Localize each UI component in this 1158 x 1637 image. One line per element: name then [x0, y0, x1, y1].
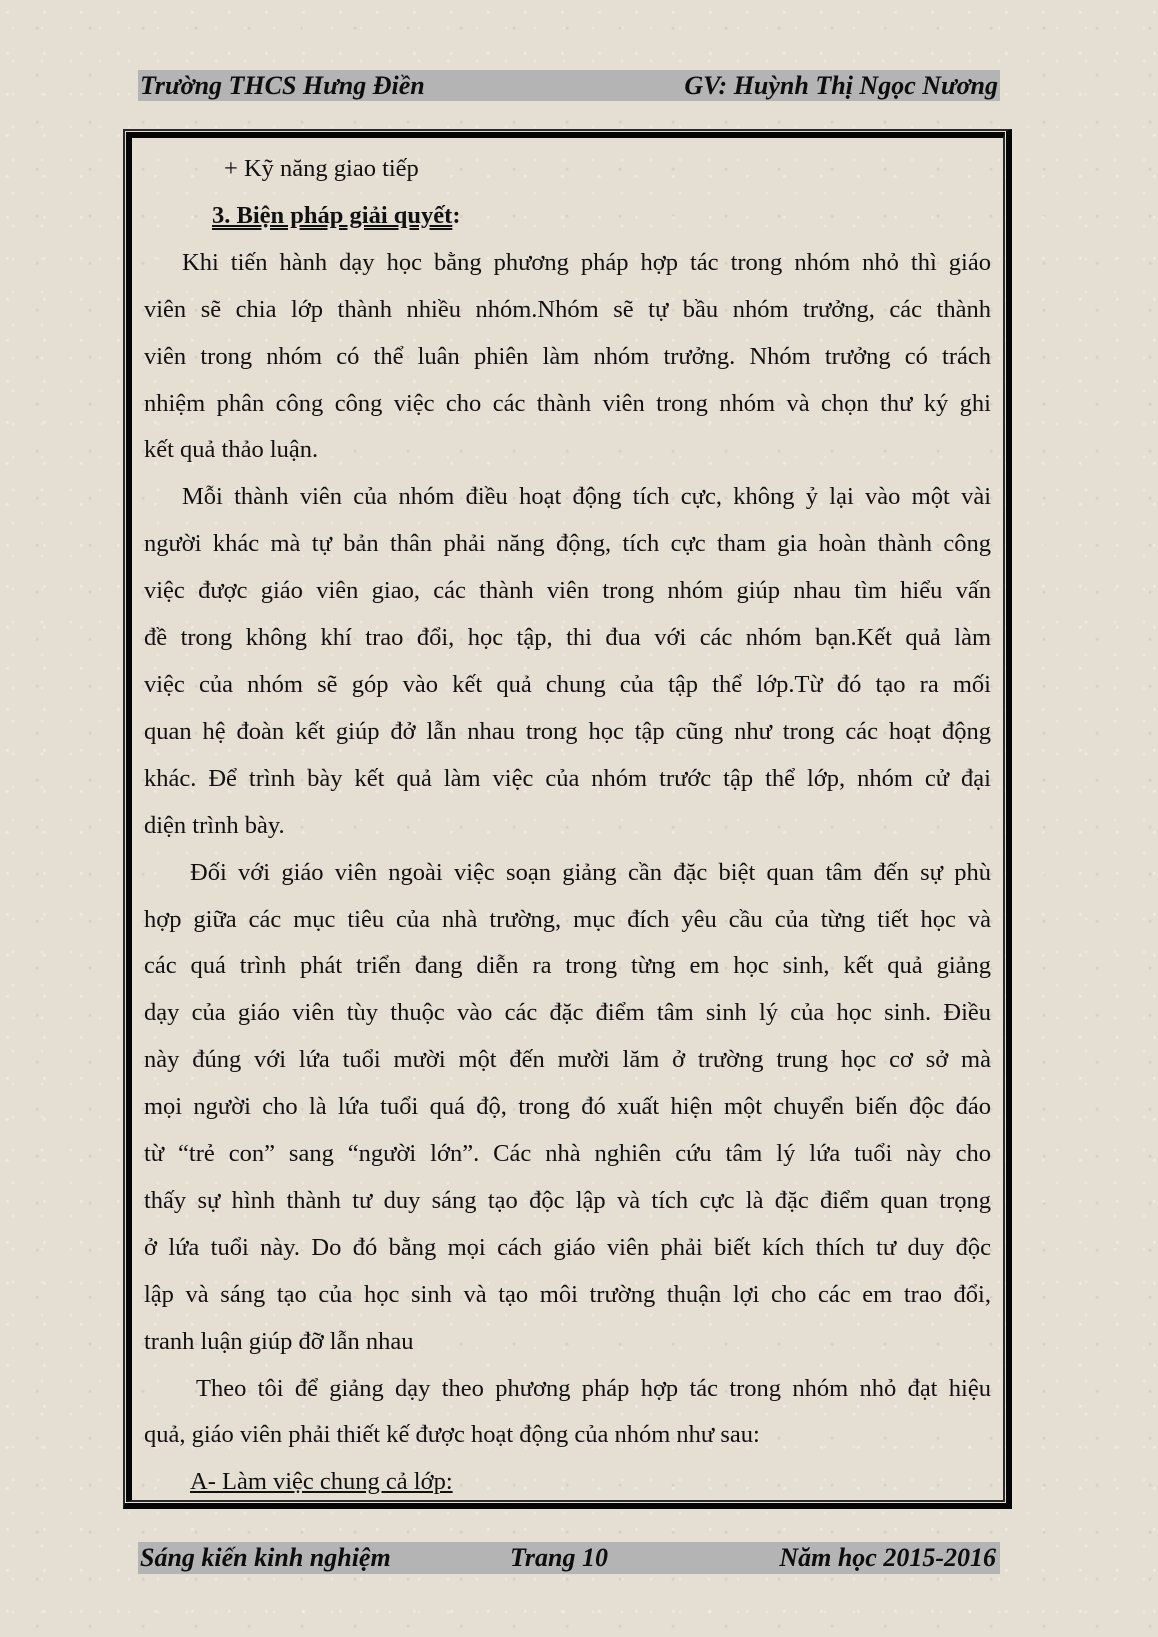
text-line: này đúng với lứa tuổi mười một đến mười … [144, 1037, 991, 1084]
text-line: thấy sự hình thành tư duy sáng tạo độc l… [144, 1178, 991, 1225]
text-line: Theo tôi để giảng dạy theo phương pháp h… [144, 1366, 991, 1413]
bullet-item: + Kỹ năng giao tiếp [144, 146, 991, 193]
text-line: người khác mà tự bản thân phải năng động… [144, 521, 991, 568]
page-header: Trường THCS Hưng Điền GV: Huỳnh Thị Ngọc… [138, 70, 1000, 101]
school-name: Trường THCS Hưng Điền [140, 71, 425, 101]
page-number: Trang 10 [510, 1543, 608, 1573]
text-line: đề trong không khí trao đổi, học tập, th… [144, 615, 991, 662]
text-line: các quá trình phát triển đang diễn ra tr… [144, 943, 991, 990]
section-title-suffix: : [452, 202, 460, 229]
teacher-name: GV: Huỳnh Thị Ngọc Nương [684, 71, 998, 101]
paragraph-1: Khi tiến hành dạy học bằng phương pháp h… [144, 240, 991, 475]
text-line: nhiệm phân công công việc cho các thành … [144, 381, 991, 428]
paragraph-4: Theo tôi để giảng dạy theo phương pháp h… [144, 1366, 991, 1460]
text-line: khác. Để trình bày kết quả làm việc của … [144, 756, 991, 803]
text-line: việc của nhóm sẽ góp vào kết quả chung c… [144, 662, 991, 709]
page-footer: Sáng kiến kinh nghiệm Trang 10 Năm học 2… [138, 1542, 1000, 1574]
text-line: viên trong nhóm có thể luân phiên làm nh… [144, 334, 991, 381]
sub-heading: A- Làm việc chung cả lớp: [144, 1459, 991, 1506]
text-line: mọi người cho là lứa tuổi quá độ, trong … [144, 1084, 991, 1131]
text-line: tranh luận giúp đỡ lẫn nhau [144, 1319, 991, 1366]
text-line: từ “trẻ con” sang “người lớn”. Các nhà n… [144, 1131, 991, 1178]
school-year: Năm học 2015-2016 [779, 1543, 996, 1573]
text-line: quả, giáo viên phải thiết kế được hoạt đ… [144, 1412, 991, 1459]
sub-heading-text: A- Làm việc chung cả lớp: [190, 1468, 453, 1495]
text-line: Đối với giáo viên ngoài việc soạn giảng … [144, 850, 991, 897]
text-line: viên sẽ chia lớp thành nhiều nhóm.Nhóm s… [144, 287, 991, 334]
content-frame: + Kỹ năng giao tiếp 3. Biện pháp giải qu… [123, 129, 1012, 1509]
text-line: dạy của giáo viên tùy thuộc vào các đặc … [144, 990, 991, 1037]
text-line: hợp giữa các mục tiêu của nhà trường, mụ… [144, 897, 991, 944]
text-line: Khi tiến hành dạy học bằng phương pháp h… [144, 240, 991, 287]
text-line: quan hệ đoàn kết giúp đở lẫn nhau trong … [144, 709, 991, 756]
text-line: diện trình bày. [144, 803, 991, 850]
paragraph-3: Đối với giáo viên ngoài việc soạn giảng … [144, 850, 991, 1366]
section-title: 3. Biện pháp giải quyết [212, 202, 452, 229]
text-line: Mỗi thành viên của nhóm điều hoạt động t… [144, 474, 991, 521]
text-line: kết quả thảo luận. [144, 427, 991, 474]
text-line: lập và sáng tạo của học sinh và tạo môi … [144, 1272, 991, 1319]
paragraph-2: Mỗi thành viên của nhóm điều hoạt động t… [144, 474, 991, 849]
footer-title: Sáng kiến kinh nghiệm [140, 1543, 391, 1573]
document-body: + Kỹ năng giao tiếp 3. Biện pháp giải qu… [144, 146, 991, 1506]
section-heading: 3. Biện pháp giải quyết: [144, 193, 991, 240]
text-line: ở lứa tuổi này. Do đó bằng mọi cách giáo… [144, 1225, 991, 1272]
text-line: việc được giáo viên giao, các thành viên… [144, 568, 991, 615]
content-frame-inner: + Kỹ năng giao tiếp 3. Biện pháp giải qu… [126, 132, 1005, 1502]
